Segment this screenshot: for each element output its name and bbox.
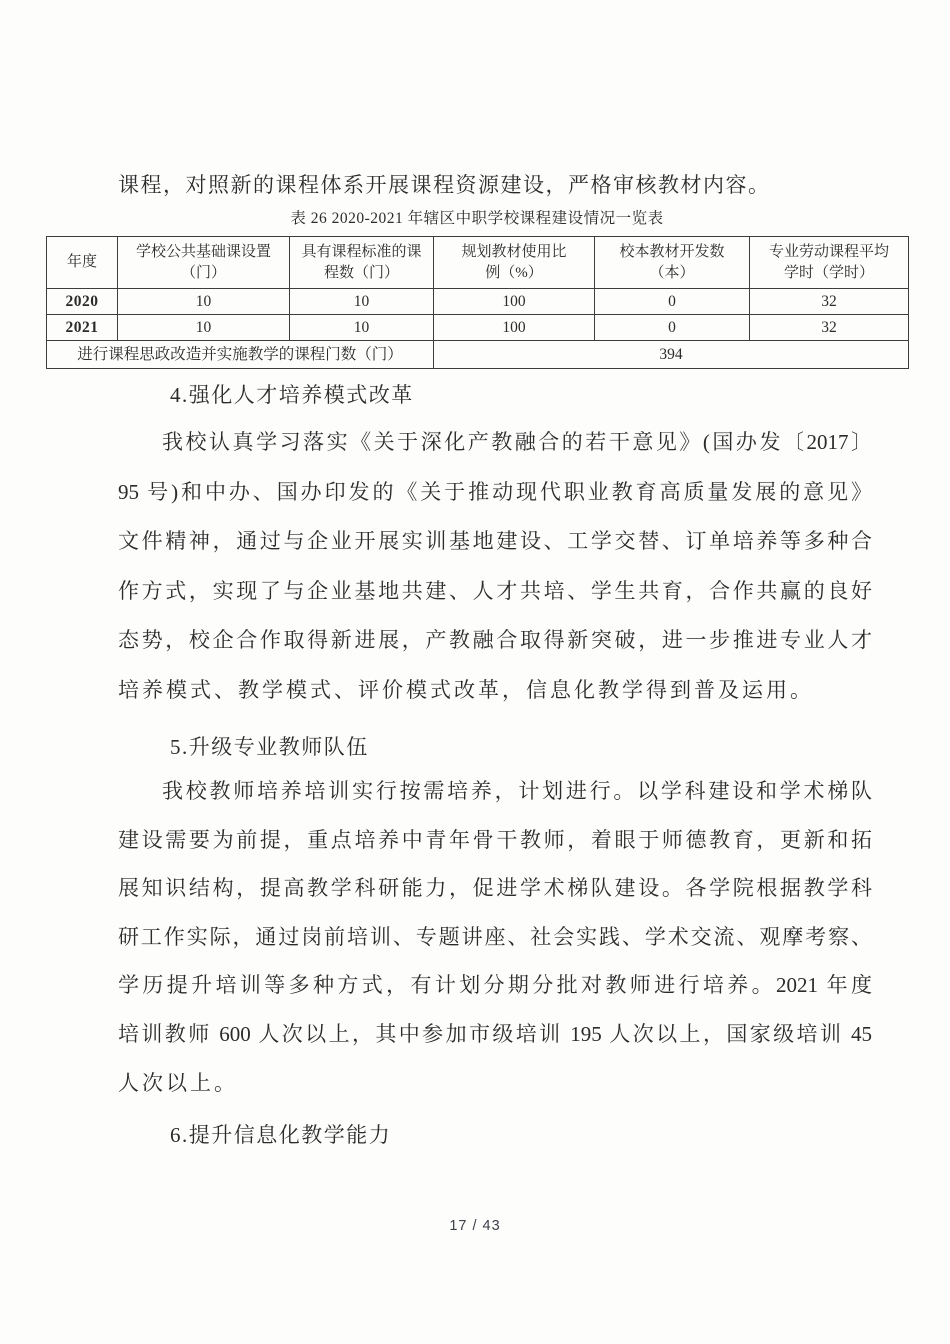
- section-heading: 4.强化人才培养模式改革: [170, 381, 870, 409]
- table-caption: 表 26 2020-2021 年辖区中职学校课程建设情况一览表: [46, 208, 908, 230]
- value-cell: 0: [595, 289, 750, 315]
- value-cell: 10: [290, 315, 434, 341]
- intro-paragraph-line: 课程，对照新的课程体系开展课程资源建设，严格审核教材内容。: [118, 170, 888, 200]
- value-cell: 32: [750, 315, 909, 341]
- value-cell: 10: [290, 289, 434, 315]
- table-header-cell: 规划教材使用比 例（%）: [434, 237, 595, 289]
- paragraph-line: 研工作实际，通过岗前培训、专题讲座、社会实践、学术交流、观摩考察、: [118, 913, 872, 962]
- section-heading: 6.提升信息化教学能力: [170, 1121, 870, 1149]
- table-header-cell: 专业劳动课程平均 学时（学时）: [750, 237, 909, 289]
- value-cell: 10: [118, 315, 290, 341]
- paragraph-line: 95 号)和中办、国办印发的《关于推动现代职业教育高质量发展的意见》: [118, 468, 872, 518]
- table-header-cell: 学校公共基础课设置 （门）: [118, 237, 290, 289]
- paragraph-line: 我校认真学习落实《关于深化产教融合的若干意见》(国办发〔2017〕: [118, 418, 872, 468]
- year-cell: 2020: [47, 289, 118, 315]
- year-cell: 2021: [47, 315, 118, 341]
- table-header-cell: 年度: [47, 237, 118, 289]
- paragraph-line: 文件精神，通过与企业开展实训基地建设、工学交替、订单培养等多种合: [118, 517, 872, 567]
- section-heading: 5.升级专业教师队伍: [170, 733, 870, 761]
- footer-value-cell: 394: [434, 341, 909, 369]
- table-row: 20211010100032: [47, 315, 909, 341]
- paragraph-line: 我校教师培养培训实行按需培养，计划进行。以学科建设和学术梯队: [118, 767, 872, 816]
- value-cell: 32: [750, 289, 909, 315]
- paragraph-line: 人次以上。: [118, 1059, 872, 1108]
- paragraph-line: 作方式，实现了与企业基地共建、人才共培、学生共育，合作共赢的良好: [118, 567, 872, 617]
- course-construction-table: 年度学校公共基础课设置 （门）具有课程标准的课 程数（门）规划教材使用比 例（%…: [46, 236, 909, 369]
- paragraph-line: 培养模式、教学模式、评价模式改革，信息化教学得到普及运用。: [118, 666, 872, 716]
- table-body: 年度学校公共基础课设置 （门）具有课程标准的课 程数（门）规划教材使用比 例（%…: [47, 237, 909, 369]
- section-paragraph: 我校教师培养培训实行按需培养，计划进行。以学科建设和学术梯队建设需要为前提，重点…: [118, 767, 872, 1107]
- paragraph-line: 培训教师 600 人次以上，其中参加市级培训 195 人次以上，国家级培训 45: [118, 1010, 872, 1059]
- value-cell: 0: [595, 315, 750, 341]
- table-header-row: 年度学校公共基础课设置 （门）具有课程标准的课 程数（门）规划教材使用比 例（%…: [47, 237, 909, 289]
- page-indicator: 17 / 43: [0, 1216, 950, 1236]
- paragraph-line: 展知识结构，提高教学科研能力，促进学术梯队建设。各学院根据教学科: [118, 864, 872, 913]
- paragraph-line: 态势，校企合作取得新进展，产教融合取得新突破，进一步推进专业人才: [118, 616, 872, 666]
- paragraph-line: 建设需要为前提，重点培养中青年骨干教师，着眼于师德教育，更新和拓: [118, 816, 872, 865]
- paragraph-line: 学历提升培训等多种方式，有计划分期分批对教师进行培养。2021 年度: [118, 961, 872, 1010]
- table-header-cell: 具有课程标准的课 程数（门）: [290, 237, 434, 289]
- section-paragraph: 我校认真学习落实《关于深化产教融合的若干意见》(国办发〔2017〕95 号)和中…: [118, 418, 872, 715]
- table-footer-row: 进行课程思政改造并实施教学的课程门数（门）394: [47, 341, 909, 369]
- value-cell: 100: [434, 289, 595, 315]
- table-row: 20201010100032: [47, 289, 909, 315]
- value-cell: 100: [434, 315, 595, 341]
- value-cell: 10: [118, 289, 290, 315]
- footer-label-cell: 进行课程思政改造并实施教学的课程门数（门）: [47, 341, 434, 369]
- table-header-cell: 校本教材开发数 （本）: [595, 237, 750, 289]
